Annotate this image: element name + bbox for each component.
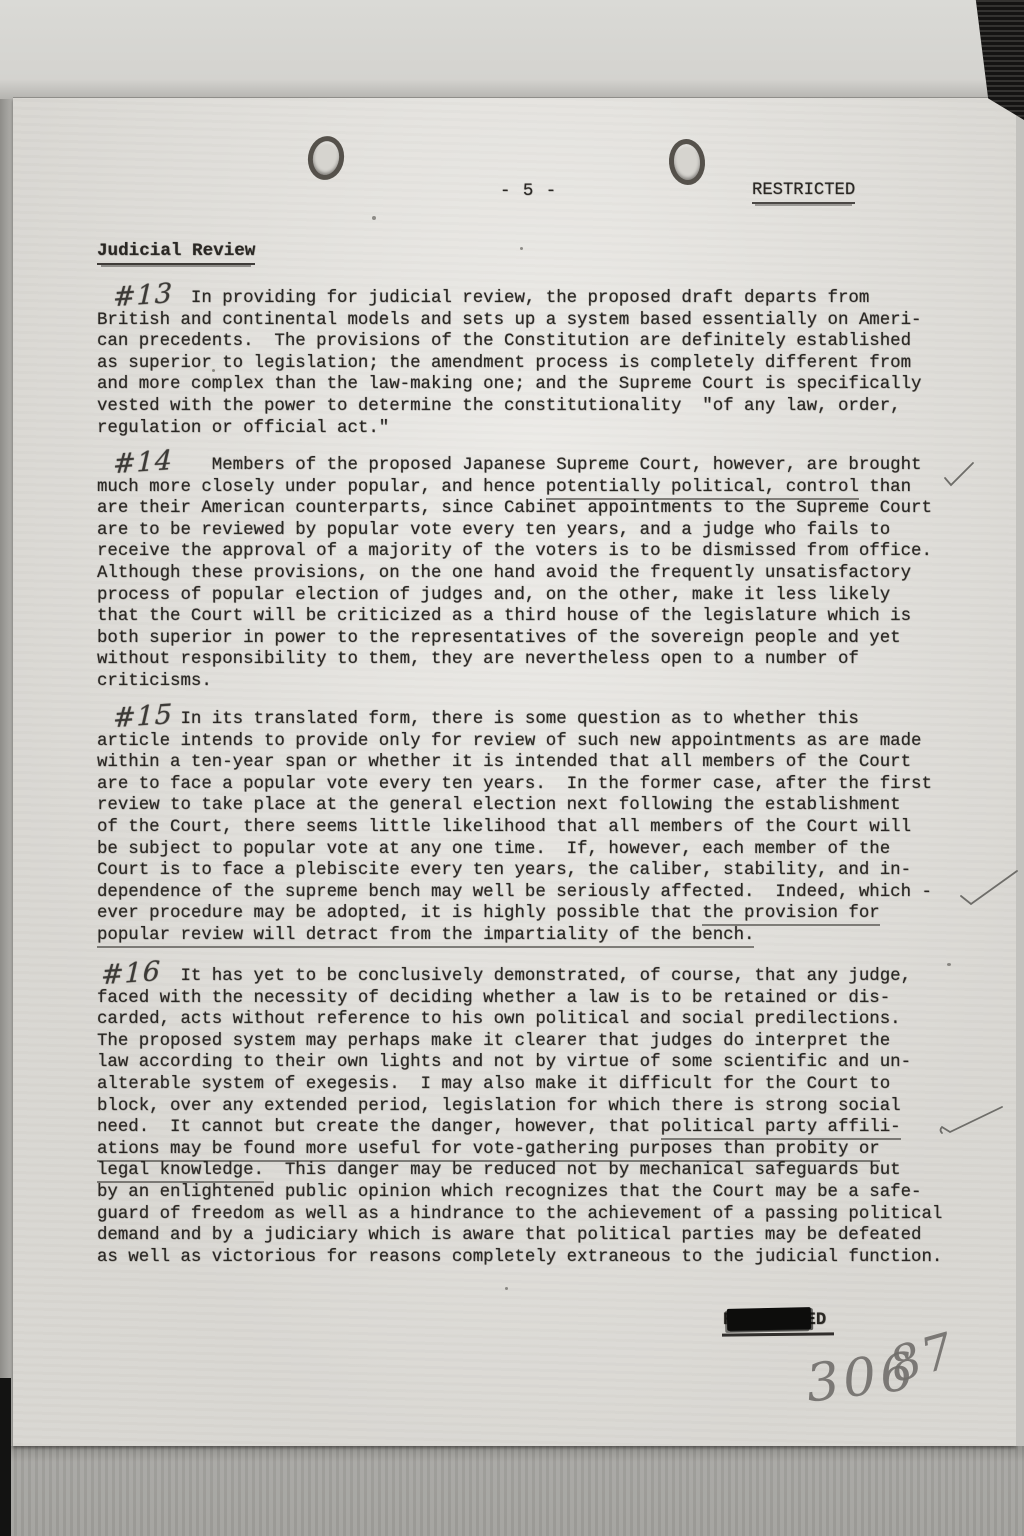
- typed-text: are to face a popular vote every ten yea…: [97, 775, 932, 794]
- underlined-text: popular review will detract from the imp…: [97, 926, 754, 948]
- typed-line: dependence of the supreme bench may well…: [97, 882, 977, 904]
- typed-line: legal knowledge. This danger may be redu…: [97, 1160, 977, 1182]
- typed-text: The proposed system may perhaps make it …: [97, 1032, 890, 1051]
- typed-line: as superior to legislation; the amendmen…: [97, 353, 977, 375]
- typed-text: Members of the proposed Japanese Supreme…: [97, 456, 921, 475]
- typed-text: both superior in power to the representa…: [97, 629, 901, 648]
- typed-line: as well as victorious for reasons comple…: [97, 1247, 977, 1269]
- typed-text: as well as victorious for reasons comple…: [97, 1248, 942, 1267]
- typed-text: are to be reviewed by popular vote every…: [97, 521, 890, 540]
- typed-text: can precedents. The provisions of the Co…: [97, 332, 911, 351]
- footer-underline: [722, 1332, 834, 1336]
- typed-text: receive the approval of a majority of th…: [97, 542, 932, 561]
- punch-hole-right-icon: [667, 138, 707, 187]
- typed-text: as superior to legislation; the amendmen…: [97, 354, 911, 373]
- typed-text: carded, acts without reference to his ow…: [97, 1010, 901, 1029]
- typed-text: are their American counterparts, since C…: [97, 499, 932, 518]
- margin-checkmark-icon: [936, 1102, 1006, 1138]
- typed-line: article intends to provide only for revi…: [97, 731, 977, 753]
- blackout-mark: [727, 1307, 811, 1331]
- speck-dot: [212, 369, 215, 372]
- margin-checkmark-icon: [958, 866, 1020, 908]
- typed-text: need. It cannot but create the danger, h…: [97, 1118, 661, 1137]
- margin-checkmark-icon: [942, 460, 976, 488]
- paragraph-13: #13 In providing for judicial review, th…: [97, 288, 977, 439]
- typed-line: receive the approval of a majority of th…: [97, 541, 977, 563]
- typed-text: vested with the power to determine the c…: [97, 397, 901, 416]
- handwritten-paragraph-number: #14: [113, 445, 174, 480]
- speck-dot: [372, 216, 376, 220]
- typed-line: by an enlightened public opinion which r…: [97, 1182, 977, 1204]
- typed-line: criticisms.: [97, 671, 977, 693]
- classification-header: RESTRICTED: [752, 181, 855, 204]
- page-content: - 5 - RESTRICTED Judicial Review #13 In …: [0, 0, 1024, 1536]
- typed-line: block, over any extended period, legisla…: [97, 1096, 977, 1118]
- typed-text: British and continental models and sets …: [97, 311, 921, 330]
- typed-line: guard of freedom as well as a hindrance …: [97, 1204, 977, 1226]
- typed-text: ever procedure may be adopted, it is hig…: [97, 904, 702, 923]
- typed-text: In its translated form, there is some qu…: [97, 710, 859, 729]
- typed-line: much more closely under popular, and hen…: [97, 477, 977, 499]
- scanned-document-page: { "document": { "header": { "page_number…: [0, 0, 1024, 1536]
- handwritten-paragraph-number: #13: [113, 278, 174, 313]
- speck-dot: [840, 334, 842, 336]
- typed-line: regulation or official act.": [97, 418, 977, 440]
- typed-text: by an enlightened public opinion which r…: [97, 1183, 921, 1202]
- typed-line: are to be reviewed by popular vote every…: [97, 520, 977, 542]
- typed-text: that the Court will be criticized as a t…: [97, 607, 911, 626]
- typed-line: vested with the power to determine the c…: [97, 396, 977, 418]
- typed-text: This danger may be reduced not by mechan…: [264, 1161, 901, 1180]
- handwritten-paragraph-number: #16: [101, 956, 162, 991]
- underlined-text: the provision for: [702, 904, 879, 926]
- typed-text: within a ten-year span or whether it is …: [97, 753, 911, 772]
- typed-line: that the Court will be criticized as a t…: [97, 606, 977, 628]
- typed-line: faced with the necessity of deciding whe…: [97, 988, 977, 1010]
- typed-line: ations may be found more useful for vote…: [97, 1139, 977, 1161]
- typed-line: demand and by a judiciary which is aware…: [97, 1225, 977, 1247]
- typed-line: review to take place at the general elec…: [97, 795, 977, 817]
- typed-text: regulation or official act.": [97, 419, 389, 438]
- page-number: - 5 -: [500, 182, 557, 201]
- handwritten-paragraph-number: #15: [113, 699, 174, 734]
- typed-text: of the Court, there seems little likelih…: [97, 818, 911, 837]
- typed-line: be subject to popular vote at any one ti…: [97, 839, 977, 861]
- speck-dot: [947, 963, 951, 966]
- typed-line: need. It cannot but create the danger, h…: [97, 1117, 977, 1139]
- speck-dot: [505, 1287, 508, 1290]
- typed-line: without responsibility to them, they are…: [97, 649, 977, 671]
- typed-text: block, over any extended period, legisla…: [97, 1097, 901, 1116]
- underlined-text: legal knowledge.: [97, 1161, 264, 1183]
- typed-line: Members of the proposed Japanese Supreme…: [97, 455, 977, 477]
- typed-line: process of popular election of judges an…: [97, 585, 977, 607]
- typed-text: review to take place at the general elec…: [97, 796, 901, 815]
- paragraph-14: #14 Members of the proposed Japanese Sup…: [97, 455, 977, 693]
- typed-line: of the Court, there seems little likelih…: [97, 817, 977, 839]
- typed-text: demand and by a judiciary which is aware…: [97, 1226, 921, 1245]
- typed-text: and more complex than the law-making one…: [97, 375, 921, 394]
- typed-line: popular review will detract from the imp…: [97, 925, 977, 947]
- typed-line: are to face a popular vote every ten yea…: [97, 774, 977, 796]
- underlined-text: potentially political, control: [546, 478, 859, 500]
- typed-line: ever procedure may be adopted, it is hig…: [97, 903, 977, 925]
- typed-line: In providing for judicial review, the pr…: [97, 288, 977, 310]
- typed-text: criticisms.: [97, 672, 212, 691]
- typed-line: Court is to face a plebiscite every ten …: [97, 860, 977, 882]
- typed-text: process of popular election of judges an…: [97, 586, 890, 605]
- typed-line: within a ten-year span or whether it is …: [97, 752, 977, 774]
- typed-text: dependence of the supreme bench may well…: [97, 883, 932, 902]
- typed-text: be subject to popular vote at any one ti…: [97, 840, 890, 859]
- typed-line: It has yet to be conclusively demonstrat…: [97, 966, 977, 988]
- section-heading: Judicial Review: [97, 241, 255, 265]
- typed-text: law according to their own lights and no…: [97, 1053, 911, 1072]
- typed-line: In its translated form, there is some qu…: [97, 709, 977, 731]
- typed-line: Although these provisions, on the one ha…: [97, 563, 977, 585]
- typed-line: are their American counterparts, since C…: [97, 498, 977, 520]
- typed-text: faced with the necessity of deciding whe…: [97, 989, 890, 1008]
- handwritten-number: 87: [884, 1322, 962, 1394]
- typed-line: alterable system of exegesis. I may also…: [97, 1074, 977, 1096]
- typed-text: alterable system of exegesis. I may also…: [97, 1075, 890, 1094]
- typed-line: can precedents. The provisions of the Co…: [97, 331, 977, 353]
- typed-text: much more closely under popular, and hen…: [97, 478, 546, 497]
- typed-line: carded, acts without reference to his ow…: [97, 1009, 977, 1031]
- typed-text: Although these provisions, on the one ha…: [97, 564, 911, 583]
- speck-dot: [520, 247, 523, 250]
- typed-line: The proposed system may perhaps make it …: [97, 1031, 977, 1053]
- typed-line: both superior in power to the representa…: [97, 628, 977, 650]
- typed-text: In providing for judicial review, the pr…: [97, 289, 869, 308]
- typed-line: British and continental models and sets …: [97, 310, 977, 332]
- underlined-text: ations may be found more useful for vote…: [97, 1140, 880, 1162]
- typed-line: law according to their own lights and no…: [97, 1052, 977, 1074]
- typed-line: and more complex than the law-making one…: [97, 374, 977, 396]
- typed-text: article intends to provide only for revi…: [97, 732, 921, 751]
- punch-hole-left-icon: [305, 133, 347, 182]
- paragraph-16: #16 It has yet to be conclusively demons…: [97, 966, 977, 1268]
- typed-text: without responsibility to them, they are…: [97, 650, 859, 669]
- underlined-text: political party affili-: [661, 1118, 901, 1140]
- typed-text: It has yet to be conclusively demonstrat…: [97, 967, 911, 986]
- typed-text: Court is to face a plebiscite every ten …: [97, 861, 911, 880]
- typed-text: than: [859, 478, 911, 497]
- paragraph-15: #15 In its translated form, there is som…: [97, 709, 977, 947]
- typed-text: guard of freedom as well as a hindrance …: [97, 1205, 942, 1224]
